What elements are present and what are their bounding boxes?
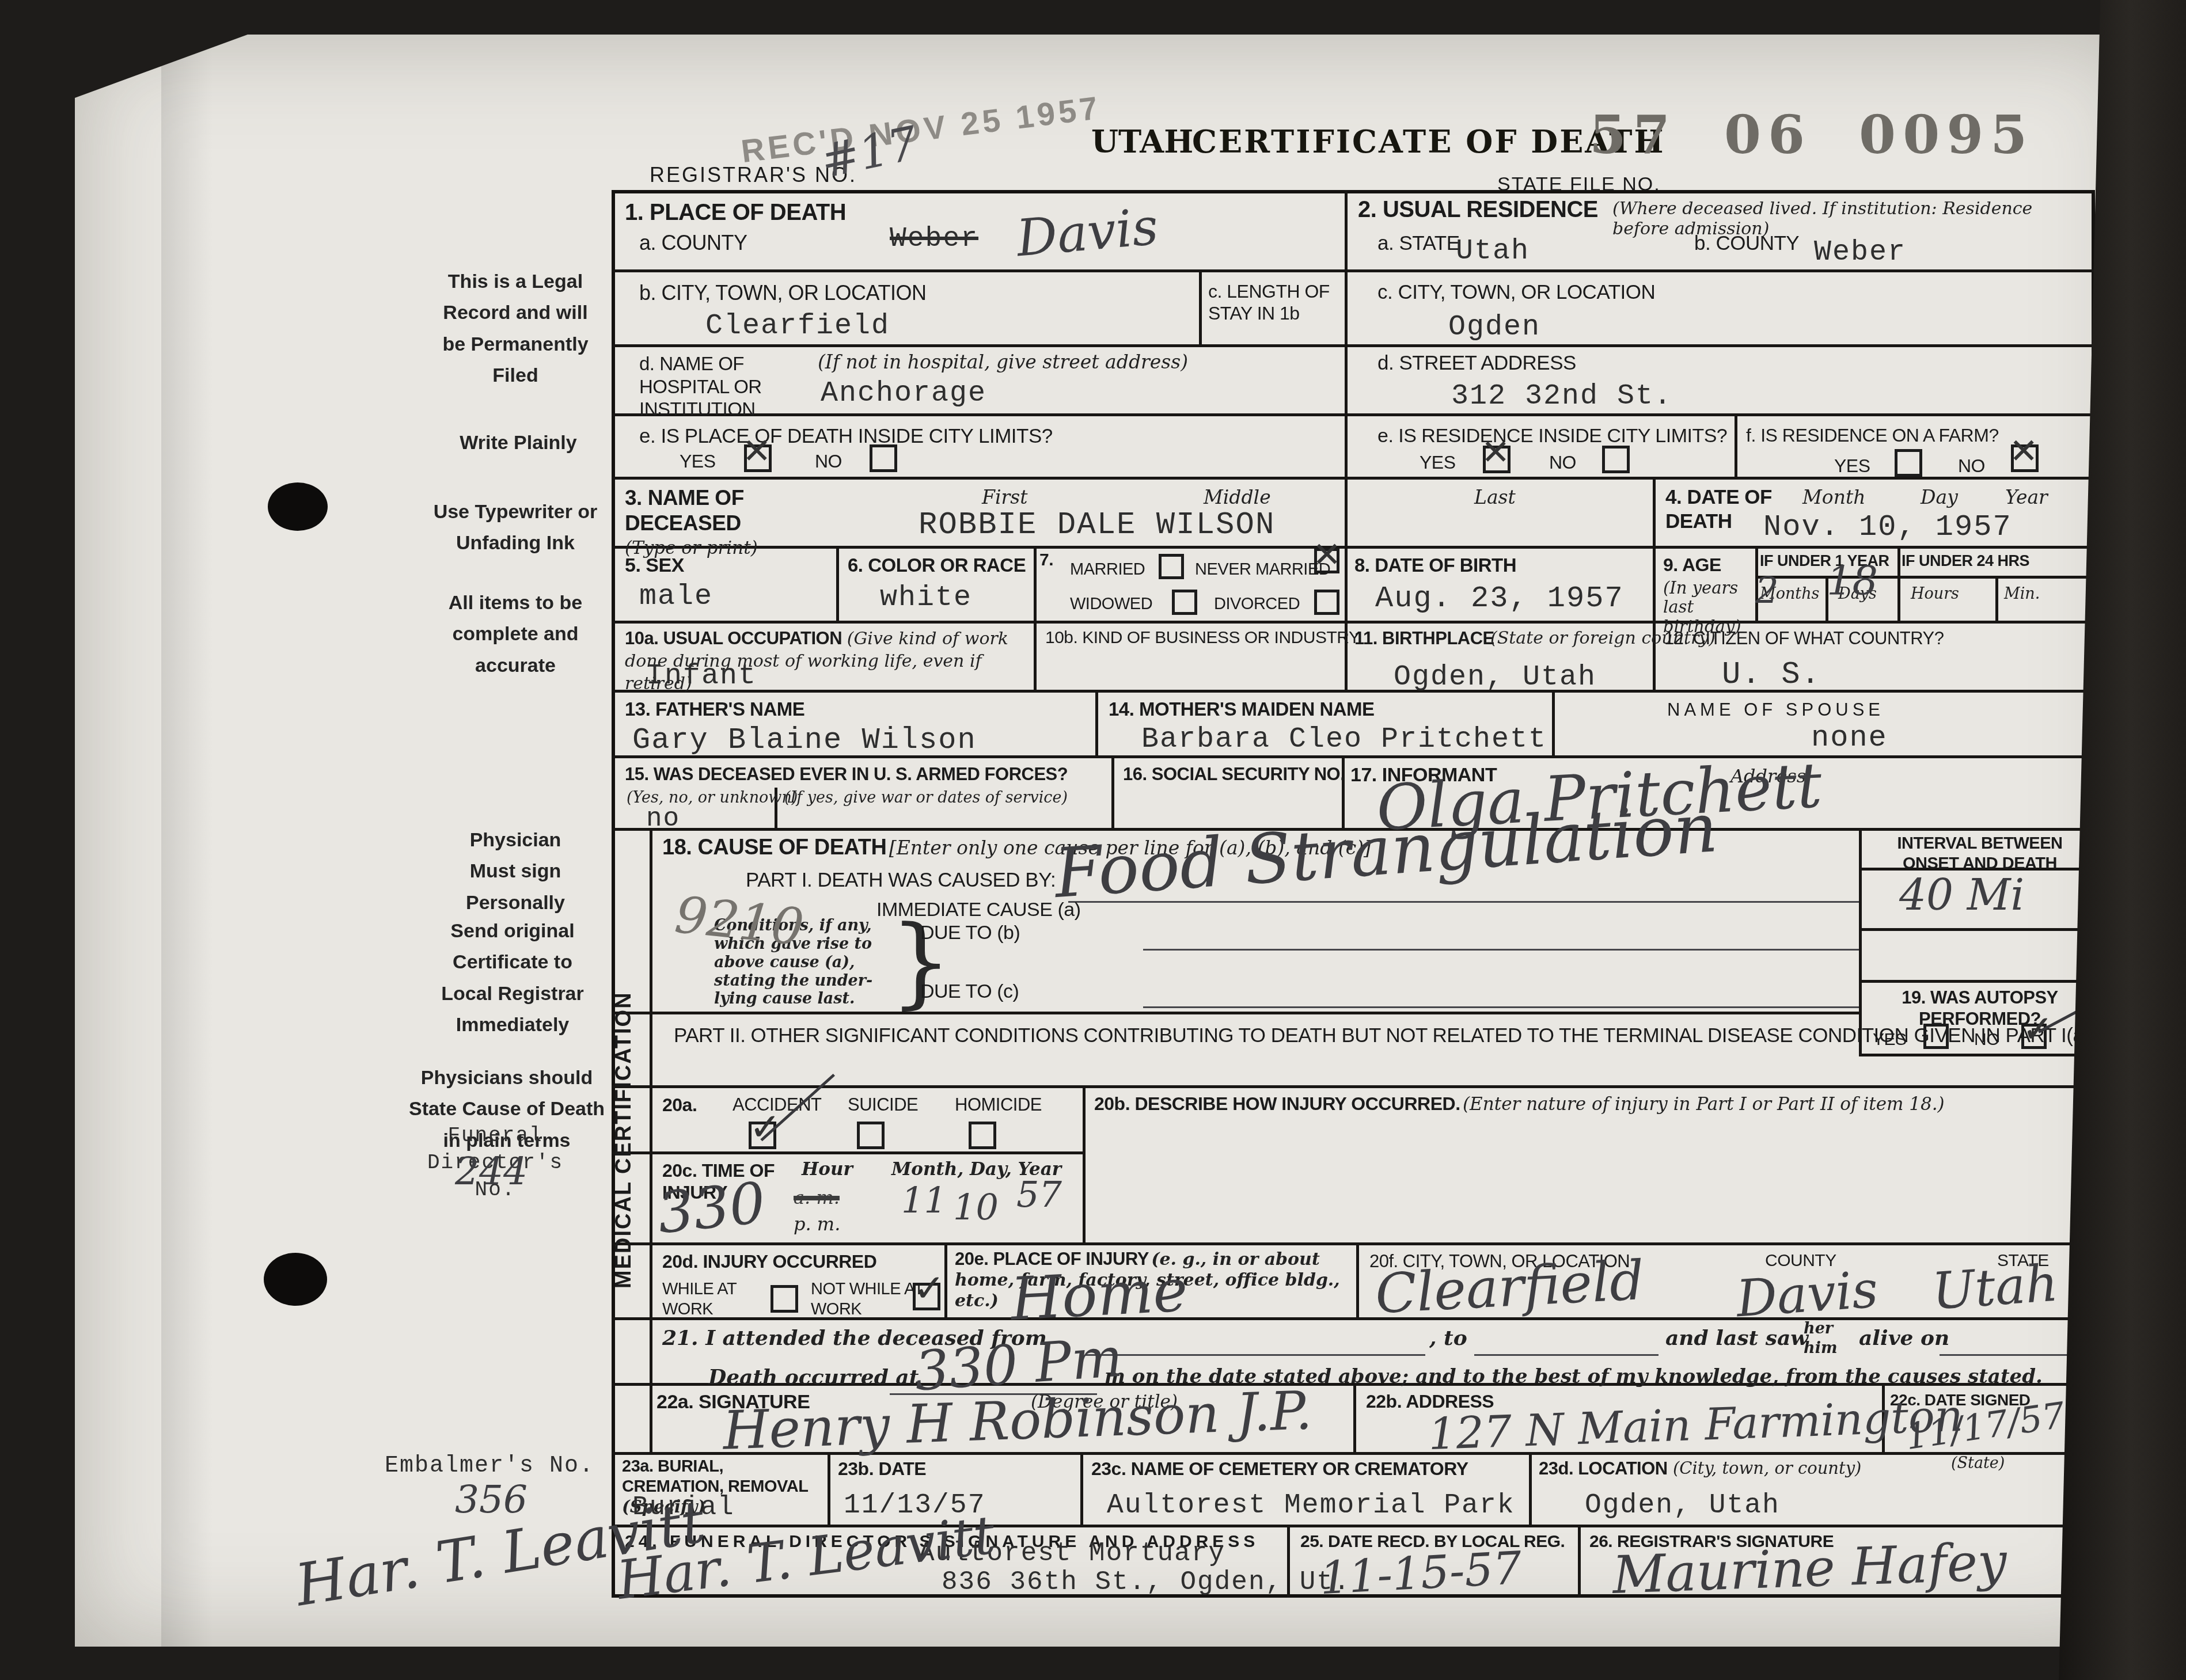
line bbox=[1859, 1054, 2095, 1056]
homicide-checkbox bbox=[969, 1122, 996, 1149]
spouse-value: none bbox=[1811, 721, 1888, 755]
residence-limits-no-label: NO bbox=[1549, 451, 1576, 473]
state-file-no-label: STATE FILE NO. bbox=[1497, 173, 1661, 196]
armed-forces-value: no bbox=[646, 804, 680, 834]
line bbox=[1755, 576, 2095, 579]
death-year-header: Year bbox=[2005, 486, 2048, 508]
residence-county-label: b. COUNTY bbox=[1694, 231, 1799, 256]
autopsy-yes-checkbox bbox=[1923, 1024, 1949, 1049]
autopsy-yes-label: YES bbox=[1873, 1029, 1907, 1050]
age-months-value: 2 bbox=[1755, 570, 1779, 613]
margin-note-typewriter: Use Typewriter or Unfading Ink bbox=[420, 496, 610, 559]
line bbox=[1199, 269, 1202, 344]
funeral-home-address: 836 36th St., Ogden, Ut. bbox=[942, 1567, 1351, 1597]
line bbox=[1735, 413, 1737, 477]
burial-location-state-note: (State) bbox=[1951, 1454, 2005, 1472]
describe-injury-label: 20b. DESCRIBE HOW INJURY OCCURRED. bbox=[1094, 1093, 1460, 1114]
cemetery-label: 23c. NAME OF CEMETERY OR CREMATORY bbox=[1091, 1458, 1468, 1480]
armed-forces-note2: (If yes, give war or dates of service) bbox=[784, 789, 1068, 807]
line bbox=[1353, 1383, 1356, 1452]
burial-location-label: 23d. LOCATION bbox=[1539, 1458, 1668, 1479]
residence-limits-no-checkbox bbox=[1602, 446, 1630, 473]
ssn-label: 16. SOCIAL SECURITY NO. bbox=[1123, 763, 1345, 785]
residence-farm-yes-label: YES bbox=[1834, 455, 1870, 477]
place-city-limits-label: e. IS PLACE OF DEATH INSIDE CITY LIMITS? bbox=[639, 424, 1053, 448]
age-min-header: Min. bbox=[2004, 585, 2040, 603]
line bbox=[612, 269, 2095, 272]
citizen-value: U. S. bbox=[1722, 657, 1821, 693]
place-county-handwritten: Davis bbox=[1014, 196, 1160, 268]
age-hours-header: Hours bbox=[1911, 585, 1959, 603]
margin-note-legal-record: This is a Legal Record and will be Perma… bbox=[429, 266, 602, 392]
line bbox=[612, 477, 2095, 480]
line bbox=[1095, 690, 1098, 755]
part1-label: PART I. DEATH WAS CAUSED BY: bbox=[746, 868, 1056, 892]
residence-farm-no-label: NO bbox=[1958, 455, 1985, 477]
place-county-label: a. COUNTY bbox=[639, 230, 747, 255]
spouse-label: NAME OF SPOUSE bbox=[1667, 699, 1884, 720]
divorced-label: DIVORCED bbox=[1214, 594, 1300, 614]
place-limits-no-label: NO bbox=[815, 450, 842, 472]
scanned-death-certificate: { "common": {"yes":"YES","no":"NO"}, "he… bbox=[0, 0, 2186, 1680]
hospital-note: (If not in hospital, give street address… bbox=[818, 351, 1188, 373]
line bbox=[612, 1085, 2095, 1088]
margin-note-physician-sign: Physician Must sign Personally bbox=[446, 824, 585, 918]
line bbox=[612, 413, 2095, 416]
never-married-label: NEVER MARRIED bbox=[1195, 560, 1330, 580]
place-limits-yes-label: YES bbox=[680, 450, 716, 472]
name-last-header: Last bbox=[1474, 486, 1516, 508]
interval-value: 40 Mi bbox=[1899, 871, 2024, 920]
line bbox=[1897, 546, 1900, 621]
am-label-struck: a. m. bbox=[794, 1187, 840, 1208]
hospital-label: d. NAME OF HOSPITAL OR INSTITUTION bbox=[639, 352, 812, 421]
widowed-checkbox bbox=[1172, 590, 1197, 615]
state-file-no-value: 57 06 0095 bbox=[1589, 104, 2034, 166]
hospital-value: Anchorage bbox=[821, 377, 986, 410]
injury-day-value: 10 bbox=[953, 1186, 999, 1228]
place-city-label: b. CITY, TOWN, OR LOCATION bbox=[639, 280, 926, 305]
title-utah: UTAH bbox=[1091, 123, 1193, 160]
death-day-header: Day bbox=[1921, 486, 1958, 508]
attended-text-4: alive on bbox=[1859, 1326, 1949, 1350]
line bbox=[1143, 949, 1859, 951]
burial-location-note: (City, town, or county) bbox=[1673, 1459, 1861, 1478]
name-of-deceased-label: 3. NAME OF DECEASED bbox=[625, 485, 815, 537]
while-at-work-label: WHILE AT WORK bbox=[662, 1279, 777, 1320]
sex-value: male bbox=[639, 580, 713, 613]
line bbox=[650, 828, 652, 1452]
injury-month-value: 11 bbox=[901, 1179, 947, 1221]
burial-date-label: 23b. DATE bbox=[838, 1458, 926, 1480]
time-of-injury-value: 330 bbox=[655, 1170, 769, 1247]
length-of-stay-label: c. LENGTH OF STAY IN 1b bbox=[1208, 280, 1341, 325]
embalmer-no-value: 356 bbox=[455, 1477, 527, 1522]
age-label: 9. AGE bbox=[1663, 554, 1721, 576]
autopsy-no-label: NO bbox=[1974, 1029, 1999, 1050]
street-address-label: d. STREET ADDRESS bbox=[1377, 351, 1576, 375]
accident-checkbox bbox=[749, 1122, 776, 1149]
line bbox=[612, 344, 2095, 347]
him-label: him bbox=[1804, 1339, 1837, 1357]
injury-county-value: Davis bbox=[1735, 1260, 1880, 1329]
line bbox=[1143, 1006, 1859, 1008]
line bbox=[1653, 477, 1656, 690]
due-to-b-label: DUE TO (b) bbox=[920, 921, 1020, 945]
sex-label: 5. SEX bbox=[625, 554, 684, 577]
line bbox=[1086, 1354, 1425, 1356]
business-industry-label: 10b. KIND OF BUSINESS OR INDUSTRY bbox=[1045, 628, 1360, 648]
place-of-death-title: 1. PLACE OF DEATH bbox=[625, 199, 846, 226]
usual-residence-title: 2. USUAL RESIDENCE bbox=[1358, 196, 1598, 223]
cemetery-value: Aultorest Memorial Park bbox=[1107, 1490, 1515, 1521]
line bbox=[612, 1012, 1859, 1014]
date-of-death-value: Nov. 10, 1957 bbox=[1763, 510, 2012, 544]
occupation-label: 10a. USUAL OCCUPATION bbox=[625, 628, 842, 648]
residence-farm-yes-checkbox bbox=[1895, 449, 1922, 477]
date-received-value: 11-15-57 bbox=[1319, 1542, 1523, 1605]
occupation-value: Infant bbox=[646, 660, 757, 693]
margin-note-complete: All items to be complete and accurate bbox=[435, 587, 596, 681]
place-limits-yes-checkbox bbox=[744, 444, 772, 472]
residence-limits-label: e. IS RESIDENCE INSIDE CITY LIMITS? bbox=[1377, 424, 1727, 448]
margin-note-write-plainly: Write Plainly bbox=[403, 427, 633, 458]
funeral-director-no-value: 244 bbox=[455, 1149, 527, 1194]
residence-limits-yes-checkbox bbox=[1483, 446, 1511, 473]
describe-injury-note: (Enter nature of injury in Part I or Par… bbox=[1463, 1094, 1945, 1115]
residence-state-value: Utah bbox=[1456, 235, 1530, 268]
interval-label: INTERVAL BETWEEN ONSET AND DEATH bbox=[1876, 834, 2083, 874]
line bbox=[1859, 828, 1862, 1054]
line bbox=[1474, 1354, 1659, 1356]
street-address-value: 312 32nd St. bbox=[1451, 380, 1672, 413]
attended-text-3: and last saw bbox=[1665, 1326, 1808, 1350]
injury-state-value: Utah bbox=[1930, 1253, 2060, 1321]
widowed-label: WIDOWED bbox=[1070, 594, 1152, 614]
line bbox=[1345, 190, 1348, 690]
paper-fold-shadow bbox=[161, 35, 213, 1647]
line bbox=[1578, 1525, 1581, 1598]
date-of-birth-label: 8. DATE OF BIRTH bbox=[1354, 554, 1516, 577]
line bbox=[1552, 690, 1555, 755]
punch-hole bbox=[268, 482, 328, 531]
cause-of-death-title: 18. CAUSE OF DEATH bbox=[662, 835, 886, 860]
line bbox=[612, 621, 2095, 624]
usual-residence-note: (Where deceased lived. If institution: R… bbox=[1612, 199, 2090, 239]
line bbox=[1111, 755, 1114, 828]
date-of-birth-value: Aug. 23, 1957 bbox=[1375, 581, 1624, 615]
line bbox=[1529, 1452, 1532, 1525]
age-days-value: 18 bbox=[1827, 557, 1878, 605]
line bbox=[1034, 546, 1037, 690]
attended-text-2: , to bbox=[1429, 1326, 1467, 1350]
line bbox=[828, 1452, 830, 1525]
hour-header: Hour bbox=[802, 1160, 853, 1180]
residence-farm-no-checkbox bbox=[2011, 444, 2039, 472]
punch-hole bbox=[264, 1253, 327, 1306]
marital-num: 7. bbox=[1039, 550, 1053, 571]
married-label: MARRIED bbox=[1070, 560, 1145, 580]
under-24-hrs-header: IF UNDER 24 HRS bbox=[1902, 552, 2029, 570]
name-middle-header: Middle bbox=[1204, 486, 1271, 508]
burial-label: 23a. BURIAL, CREMATION, REMOVAL bbox=[622, 1457, 808, 1496]
line bbox=[1356, 1242, 1359, 1317]
homicide-label: HOMICIDE bbox=[955, 1094, 1042, 1115]
birthplace-value: Ogden, Utah bbox=[1394, 661, 1596, 694]
medical-certification-label: MEDICAL CERTIFICATION bbox=[612, 832, 650, 1448]
margin-note-send-original: Send original Certificate to Local Regis… bbox=[438, 915, 587, 1041]
injury-year-value: 57 bbox=[1016, 1173, 1062, 1215]
place-city-value: Clearfield bbox=[705, 310, 890, 343]
place-of-injury-value: Home bbox=[1009, 1256, 1189, 1334]
residence-city-label: c. CITY, TOWN, OR LOCATION bbox=[1377, 280, 1655, 305]
armed-forces-label: 15. WAS DECEASED EVER IN U. S. ARMED FOR… bbox=[625, 763, 1068, 785]
place-limits-no-checkbox bbox=[870, 444, 897, 472]
never-married-checkbox bbox=[1314, 548, 1339, 573]
burial-location-value: Ogden, Utah bbox=[1585, 1490, 1780, 1521]
residence-city-value: Ogden bbox=[1448, 311, 1540, 344]
color-race-value: white bbox=[880, 581, 972, 614]
residence-limits-yes-label: YES bbox=[1420, 451, 1456, 473]
residence-farm-label: f. IS RESIDENCE ON A FARM? bbox=[1746, 424, 1999, 446]
suicide-label: SUICIDE bbox=[848, 1094, 918, 1115]
divorced-checkbox bbox=[1314, 590, 1339, 615]
line bbox=[836, 546, 839, 621]
mothers-maiden-name-label: 14. MOTHER'S MAIDEN NAME bbox=[1109, 698, 1375, 721]
death-month-header: Month bbox=[1802, 486, 1865, 508]
residence-county-value: Weber bbox=[1814, 236, 1906, 269]
death-occurred-label: Death occurred at bbox=[708, 1366, 919, 1389]
citizen-label: 12. CITIZEN OF WHAT COUNTRY? bbox=[1664, 628, 1944, 649]
while-at-work-checkbox bbox=[771, 1285, 798, 1313]
mothers-maiden-name-value: Barbara Cleo Pritchett bbox=[1141, 723, 1547, 756]
name-of-deceased-value: ROBBIE DALE WILSON bbox=[919, 508, 1275, 543]
embalmer-no-label: Embalmer's No. bbox=[369, 1453, 610, 1479]
line bbox=[1859, 980, 2095, 983]
line bbox=[1859, 928, 2095, 931]
line bbox=[1083, 1085, 1086, 1242]
fathers-name-label: 13. FATHER'S NAME bbox=[625, 698, 804, 721]
due-to-c-label: DUE TO (c) bbox=[920, 980, 1019, 1004]
accident-section-num: 20a. bbox=[662, 1094, 697, 1116]
pm-label: p. m. bbox=[794, 1214, 840, 1235]
line bbox=[1080, 1452, 1083, 1525]
color-race-label: 6. COLOR OR RACE bbox=[848, 554, 1026, 577]
suicide-checkbox bbox=[857, 1122, 885, 1149]
birthplace-label: 11. BIRTHPLACE bbox=[1354, 628, 1494, 649]
line bbox=[612, 1151, 1083, 1154]
injury-occurred-label: 20d. INJURY OCCURRED bbox=[662, 1251, 876, 1272]
residence-state-label: a. STATE bbox=[1377, 231, 1460, 256]
not-while-at-work-checkbox bbox=[913, 1283, 940, 1310]
name-first-header: First bbox=[982, 486, 1027, 508]
line bbox=[1995, 576, 1998, 621]
line bbox=[612, 1242, 2095, 1245]
line bbox=[612, 546, 2095, 549]
married-checkbox bbox=[1159, 554, 1184, 579]
fathers-name-value: Gary Blaine Wilson bbox=[632, 723, 977, 757]
place-county-typed-struck: Weber bbox=[890, 223, 978, 254]
